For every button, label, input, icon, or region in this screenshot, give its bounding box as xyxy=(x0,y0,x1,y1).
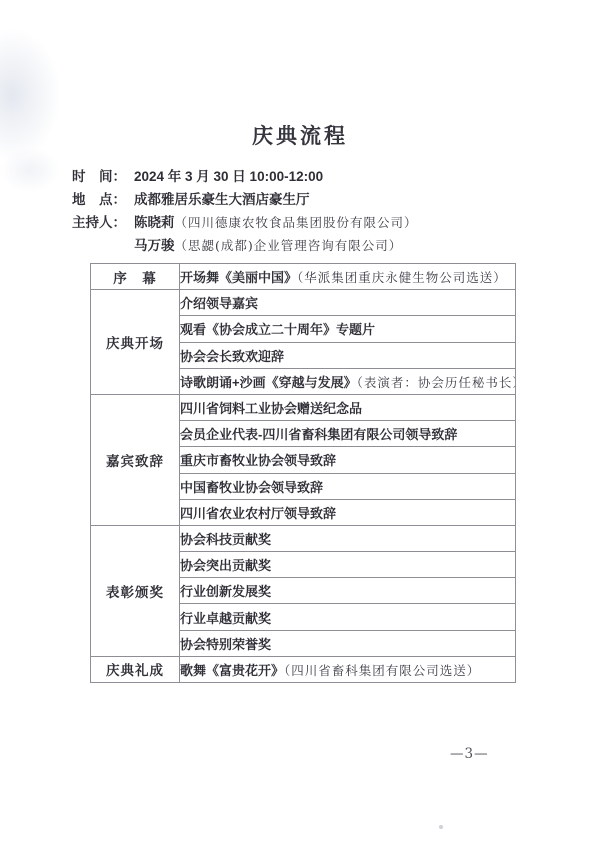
category-cell: 嘉宾致辞 xyxy=(91,394,180,525)
document-page: 庆典流程 时 间： 2024 年 3 月 30 日 10:00-12:00 地 … xyxy=(0,0,600,848)
item-text: 介绍领导嘉宾 xyxy=(180,296,258,311)
item-text: 开场舞《美丽中国》 xyxy=(180,270,297,285)
schedule-row: 表彰颁奖协会科技贡献奖 xyxy=(91,525,516,551)
item-cell: 诗歌朗诵+沙画《穿越与发展》（表演者：协会历任秘书长） xyxy=(180,368,516,394)
host-label: 主持人： xyxy=(72,211,134,234)
item-cell: 观看《协会成立二十周年》专题片 xyxy=(180,316,516,342)
item-text: 歌舞《富贵花开》 xyxy=(180,663,284,678)
item-text: 协会突出贡献奖 xyxy=(180,558,271,573)
venue-label: 地 点： xyxy=(72,188,134,211)
item-cell: 协会突出贡献奖 xyxy=(180,552,516,578)
item-text: 协会科技贡献奖 xyxy=(180,532,271,547)
item-text: 四川省农业农村厅领导致辞 xyxy=(180,506,336,521)
host-line-2: 马万骏 （思勰(成都)企业管理咨询有限公司） xyxy=(134,234,542,257)
item-cell: 会员企业代表-四川省畜科集团有限公司领导致辞 xyxy=(180,421,516,447)
item-note: （表演者：协会历任秘书长） xyxy=(357,375,516,390)
item-cell: 协会科技贡献奖 xyxy=(180,525,516,551)
item-text: 行业卓越贡献奖 xyxy=(180,611,271,626)
host2-name: 马万骏 xyxy=(134,234,175,257)
item-text: 四川省饲料工业协会赠送纪念品 xyxy=(180,401,362,416)
item-text: 协会会长致欢迎辞 xyxy=(180,349,284,364)
item-cell: 行业卓越贡献奖 xyxy=(180,604,516,630)
item-text: 行业创新发展奖 xyxy=(180,584,271,599)
item-cell: 开场舞《美丽中国》（华派集团重庆永健生物公司选送） xyxy=(180,264,516,290)
item-text: 协会特别荣誉奖 xyxy=(180,637,271,652)
item-cell: 协会特别荣誉奖 xyxy=(180,630,516,656)
item-cell: 中国畜牧业协会领导致辞 xyxy=(180,473,516,499)
schedule-row: 庆典礼成歌舞《富贵花开》（四川省畜科集团有限公司选送） xyxy=(91,656,516,682)
item-note: （华派集团重庆永健生物公司选送） xyxy=(297,270,507,285)
item-text: 中国畜牧业协会领导致辞 xyxy=(180,480,323,495)
schedule-row: 嘉宾致辞四川省饲料工业协会赠送纪念品 xyxy=(91,394,516,420)
page-title: 庆典流程 xyxy=(0,120,600,150)
item-cell: 四川省饲料工业协会赠送纪念品 xyxy=(180,394,516,420)
host1-name: 陈晓莉 xyxy=(134,211,175,234)
item-cell: 行业创新发展奖 xyxy=(180,578,516,604)
scan-speck xyxy=(439,825,443,829)
category-cell: 表彰颁奖 xyxy=(91,525,180,656)
time-label: 时 间： xyxy=(72,165,134,188)
item-cell: 四川省农业农村厅领导致辞 xyxy=(180,499,516,525)
item-cell: 介绍领导嘉宾 xyxy=(180,290,516,316)
host1-org: （四川德康农牧食品集团股份有限公司） xyxy=(175,211,418,234)
item-cell: 歌舞《富贵花开》（四川省畜科集团有限公司选送） xyxy=(180,656,516,682)
category-cell: 庆典礼成 xyxy=(91,656,180,682)
item-cell: 重庆市畜牧业协会领导致辞 xyxy=(180,447,516,473)
info-block: 时 间： 2024 年 3 月 30 日 10:00-12:00 地 点： 成都… xyxy=(72,165,542,257)
item-text: 观看《协会成立二十周年》专题片 xyxy=(180,322,375,337)
host2-org: （思勰(成都)企业管理咨询有限公司） xyxy=(175,234,403,257)
item-text: 诗歌朗诵+沙画《穿越与发展》 xyxy=(180,375,357,390)
item-text: 会员企业代表-四川省畜科集团有限公司领导致辞 xyxy=(180,427,457,442)
schedule-row: 庆典开场介绍领导嘉宾 xyxy=(91,290,516,316)
host-line-1: 主持人： 陈晓莉 （四川德康农牧食品集团股份有限公司） xyxy=(72,211,542,234)
venue-line: 地 点： 成都雅居乐豪生大酒店豪生厅 xyxy=(72,188,542,211)
item-note: （四川省畜科集团有限公司选送） xyxy=(284,663,480,678)
schedule-row: 序 幕开场舞《美丽中国》（华派集团重庆永健生物公司选送） xyxy=(91,264,516,290)
category-cell: 序 幕 xyxy=(91,264,180,290)
page-number: —3— xyxy=(450,746,489,762)
item-cell: 协会会长致欢迎辞 xyxy=(180,342,516,368)
time-value: 2024 年 3 月 30 日 10:00-12:00 xyxy=(134,165,323,188)
schedule-table: 序 幕开场舞《美丽中国》（华派集团重庆永健生物公司选送）庆典开场介绍领导嘉宾观看… xyxy=(90,263,516,683)
category-cell: 庆典开场 xyxy=(91,290,180,395)
item-text: 重庆市畜牧业协会领导致辞 xyxy=(180,453,336,468)
venue-value: 成都雅居乐豪生大酒店豪生厅 xyxy=(134,188,310,211)
time-line: 时 间： 2024 年 3 月 30 日 10:00-12:00 xyxy=(72,165,542,188)
